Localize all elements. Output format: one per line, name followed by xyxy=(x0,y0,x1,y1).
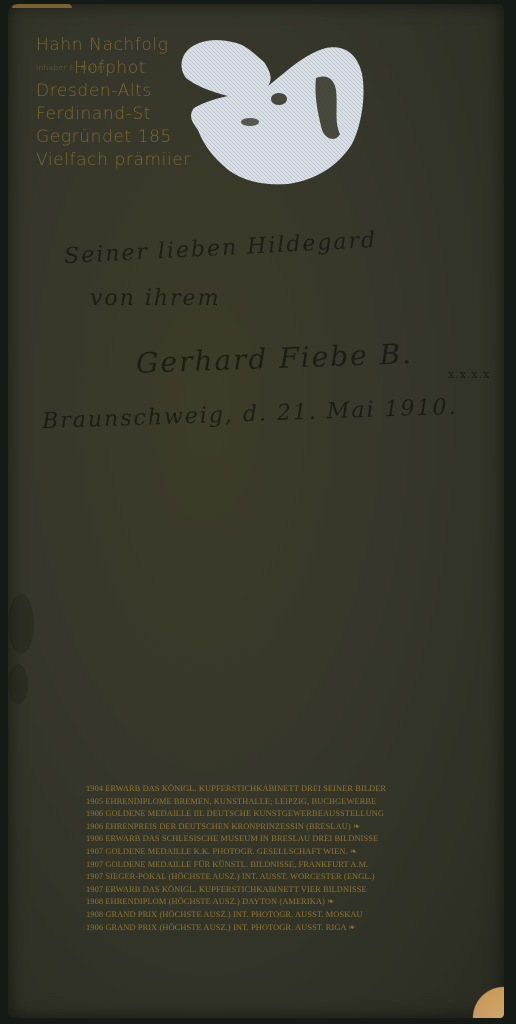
studio-imprint: Hahn Nachfolg Inhaber E. MüllerHofphot D… xyxy=(36,34,191,172)
cabinet-card-back: Hahn Nachfolg Inhaber E. MüllerHofphot D… xyxy=(8,4,504,1018)
award-line: 1908 Ehrendiplom (Höchste Ausz.) Dayton … xyxy=(86,896,434,909)
studio-line: Gegründet 185 xyxy=(36,126,191,149)
award-line: 1907 Sieger-Pokal (Höchste Ausz.) Int. A… xyxy=(86,871,434,884)
inscription-marks: x.x.x.x xyxy=(448,368,490,381)
torn-corner xyxy=(466,984,504,1018)
studio-line: Hahn Nachfolg xyxy=(36,34,191,57)
awards-list: 1904 Erwarb das Königl. Kupferstichkabin… xyxy=(86,783,434,934)
award-line: 1904 Erwarb das Königl. Kupferstichkabin… xyxy=(86,783,434,796)
inscription-dedication: Seiner lieben Hildegard xyxy=(64,228,378,269)
award-line: 1906 Grand Prix (Höchste Ausz.) Int. Pho… xyxy=(86,922,434,935)
award-line: 1907 Goldene Medaille für Künstl. Bildni… xyxy=(86,859,434,872)
worn-edge xyxy=(12,4,72,8)
studio-line: Ferdinand-St xyxy=(36,103,191,126)
award-line: 1906 Erwarb das Schlesische Museum in Br… xyxy=(86,833,434,846)
stain xyxy=(8,594,34,654)
stain xyxy=(8,664,28,704)
studio-line: Vielfach prämiier xyxy=(36,149,191,172)
award-line: 1906 Ehrenpreis der Deutschen Kronprinze… xyxy=(86,821,434,834)
studio-line: Dresden-Alts xyxy=(36,80,191,103)
award-line: 1907 Goldene Medaille K.K. Photogr. Gese… xyxy=(86,846,434,859)
paper-damage-patch xyxy=(176,34,366,186)
inscription-from: von ihrem xyxy=(90,286,220,311)
award-line: 1905 Ehrendiplome Bremen, Kunsthalle; Le… xyxy=(86,796,434,809)
award-line: 1906 Goldene Medaille III. Deutsche Kuns… xyxy=(86,808,434,821)
studio-owner: Inhaber E. Müller xyxy=(36,64,70,72)
award-line: 1907 Erwarb das Königl. Kupferstichkabin… xyxy=(86,884,434,897)
award-line: 1908 Grand Prix (Höchste Ausz.) Int. Pho… xyxy=(86,909,434,922)
inscription-place-date: Braunschweig, d. 21. Mai 1910. xyxy=(42,395,458,434)
studio-line: Inhaber E. MüllerHofphot xyxy=(36,57,191,80)
inscription-signature: Gerhard Fiebe B. xyxy=(136,337,414,380)
